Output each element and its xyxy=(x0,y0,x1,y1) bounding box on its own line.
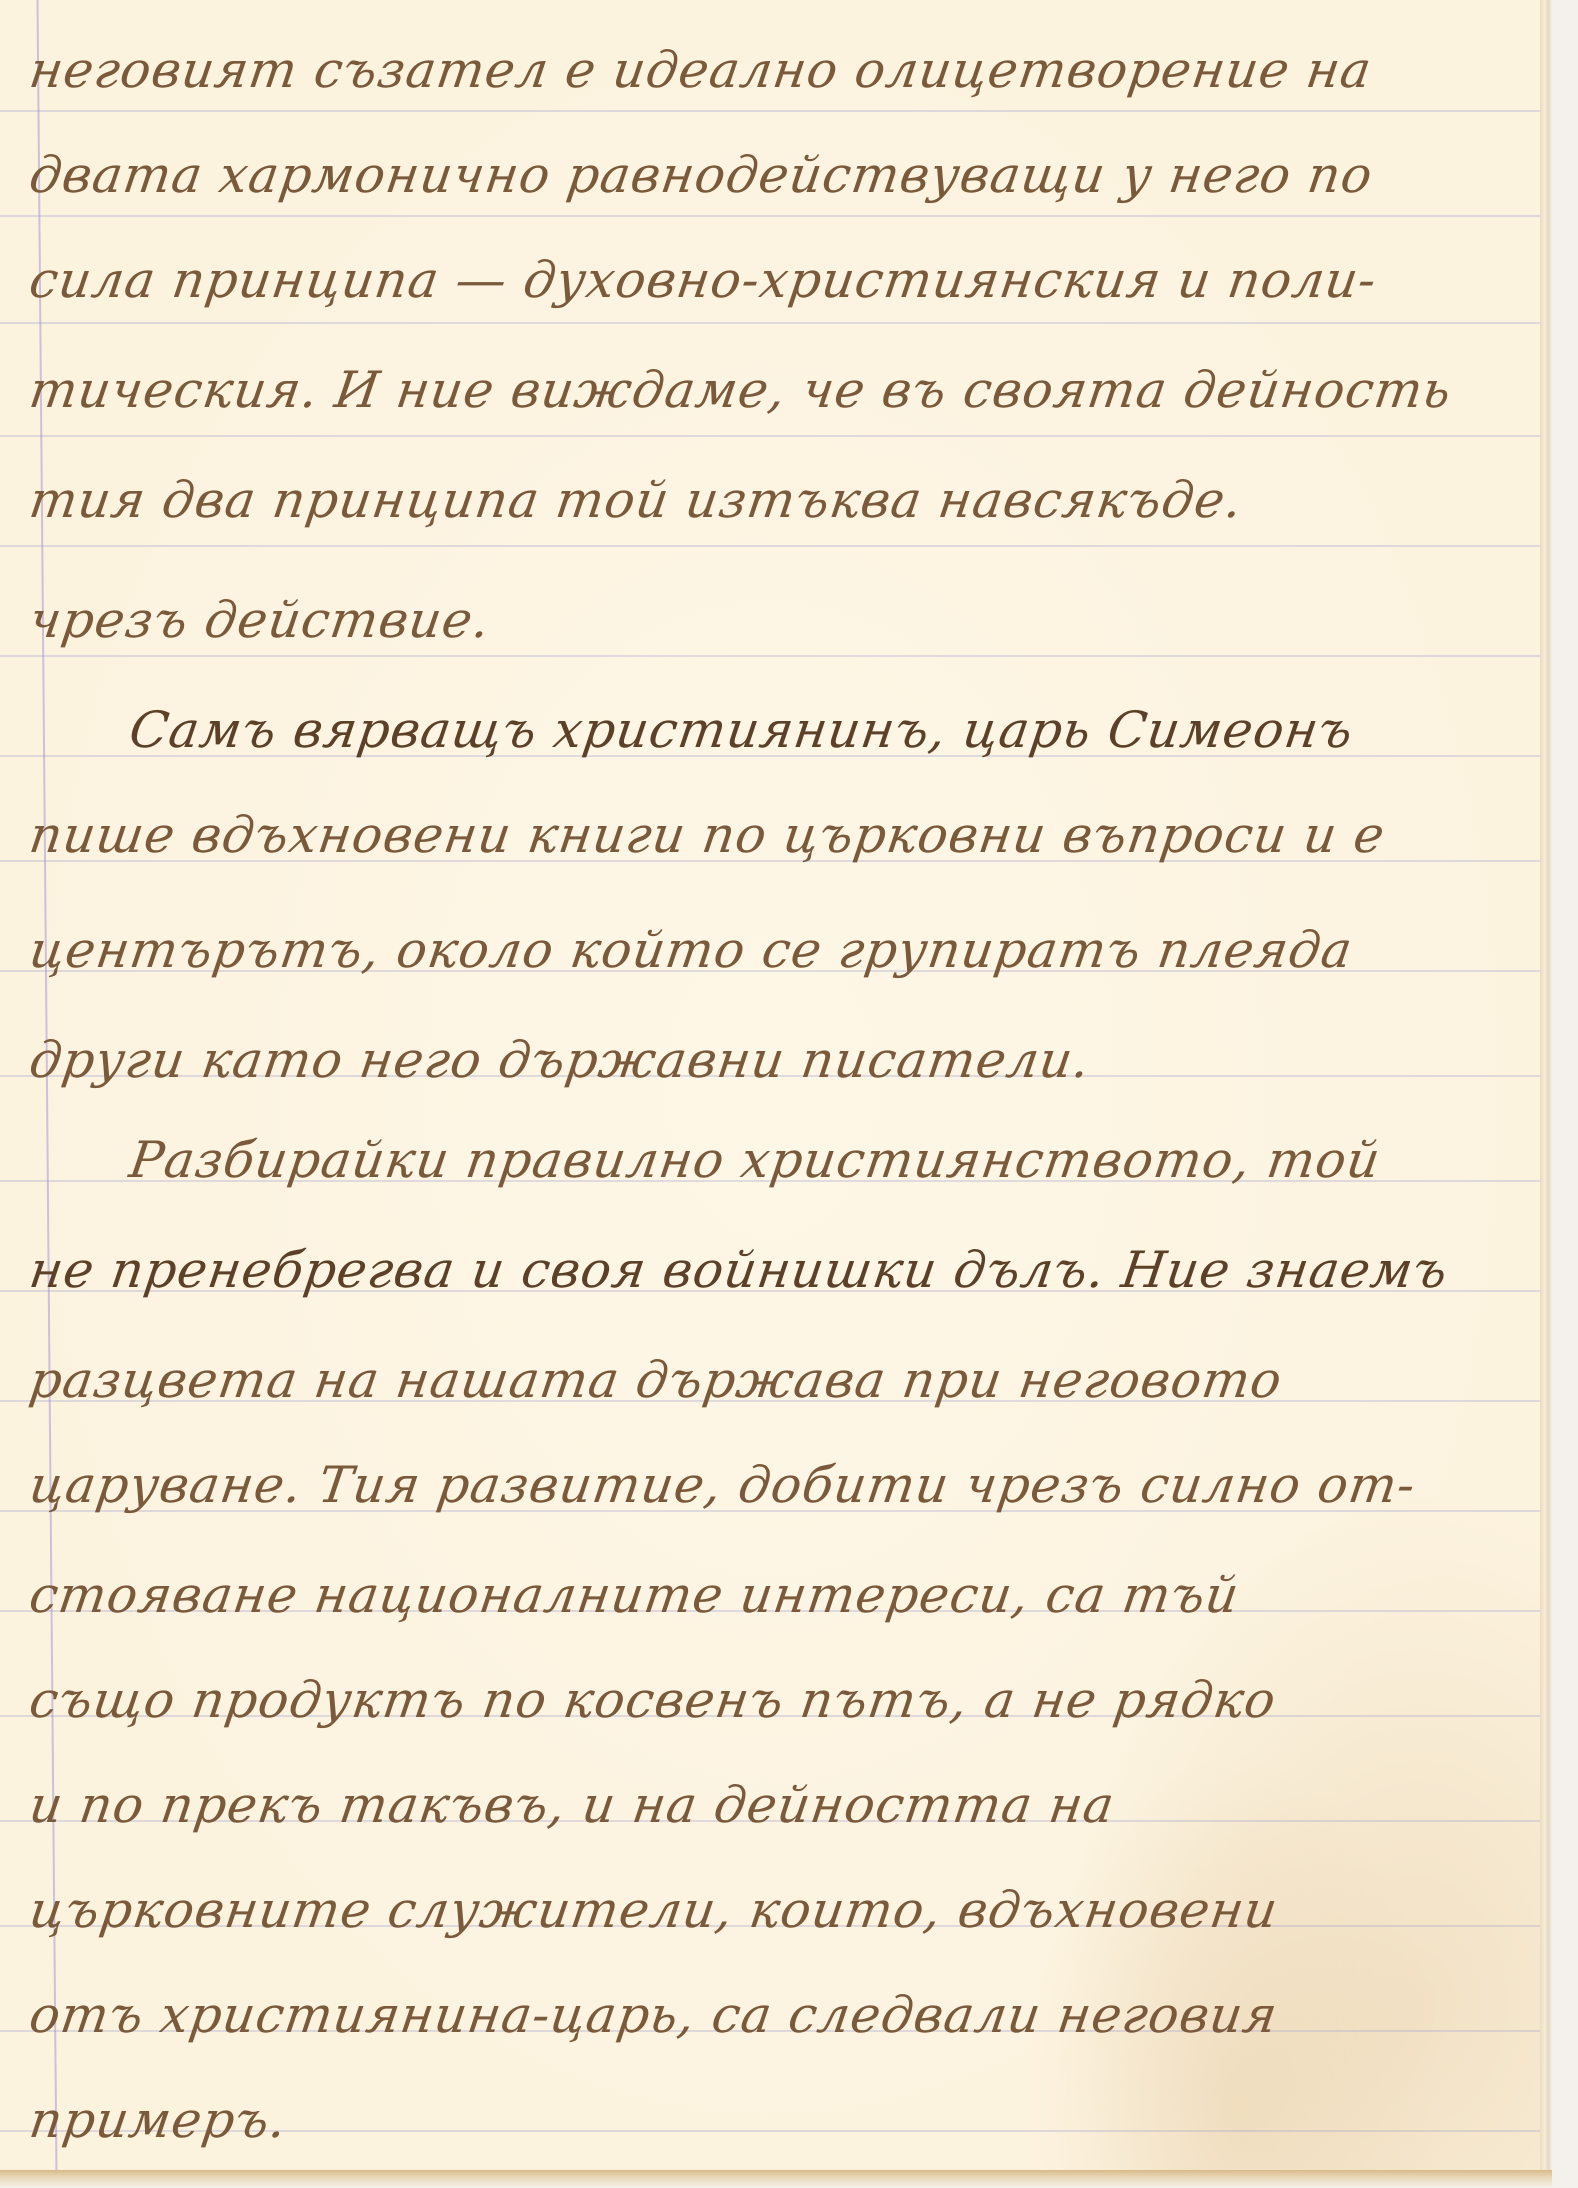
text-line-8: пише вдъхновени книги по църковни въпрос… xyxy=(26,805,1524,865)
text-line-16: също продуктъ по косвенъ пътъ, а не рядк… xyxy=(26,1670,1524,1730)
text-line-13: разцвета на нашата държава при неговото xyxy=(26,1350,1524,1410)
text-line-3: сила принципа — духовно-християнския и п… xyxy=(26,250,1524,310)
text-line-1: неговият съзател е идеално олицетворение… xyxy=(26,40,1524,100)
ruled-line xyxy=(0,435,1540,437)
ruled-line xyxy=(0,322,1540,324)
text-line-6: чрезъ действие. xyxy=(26,590,1524,650)
manuscript-page: неговият съзател е идеално олицетворение… xyxy=(0,0,1542,2176)
text-line-5: тия два принципа той изтъква навсякъде. xyxy=(26,470,1524,530)
text-line-7: Самъ вярващъ християнинъ, царь Симеонъ xyxy=(126,700,1578,760)
text-line-9: центърътъ, около който се групиратъ плея… xyxy=(26,920,1524,980)
ruled-line xyxy=(0,110,1540,112)
text-line-20: примеръ. xyxy=(26,2090,1524,2150)
text-line-10: други като него държавни писатели. xyxy=(26,1030,1524,1090)
text-line-12: не пренебрегва и своя войнишки дълъ. Ние… xyxy=(26,1240,1524,1300)
text-line-14: царуване. Тия развитие, добити чрезъ сил… xyxy=(26,1455,1524,1515)
ruled-line xyxy=(0,215,1540,217)
text-line-18: църковните служители, които, вдъхновени xyxy=(26,1880,1524,1940)
text-line-19: отъ християнина-царь, са следвали негови… xyxy=(26,1985,1524,2045)
text-line-4: тическия. И ние виждаме, че въ своята де… xyxy=(26,360,1524,420)
text-line-15: стояване националните интереси, са тъй xyxy=(26,1565,1524,1625)
text-line-17: и по прекъ такъвъ, и на дейността на xyxy=(26,1775,1524,1835)
page-right-edge xyxy=(1540,0,1552,2188)
text-line-2: двата хармонично равнодействуващи у него… xyxy=(26,145,1524,205)
ruled-line xyxy=(0,545,1540,547)
ruled-line xyxy=(0,655,1540,657)
text-line-11: Разбирайки правилно християнството, той xyxy=(126,1130,1578,1190)
page-bottom-edge xyxy=(0,2170,1552,2188)
